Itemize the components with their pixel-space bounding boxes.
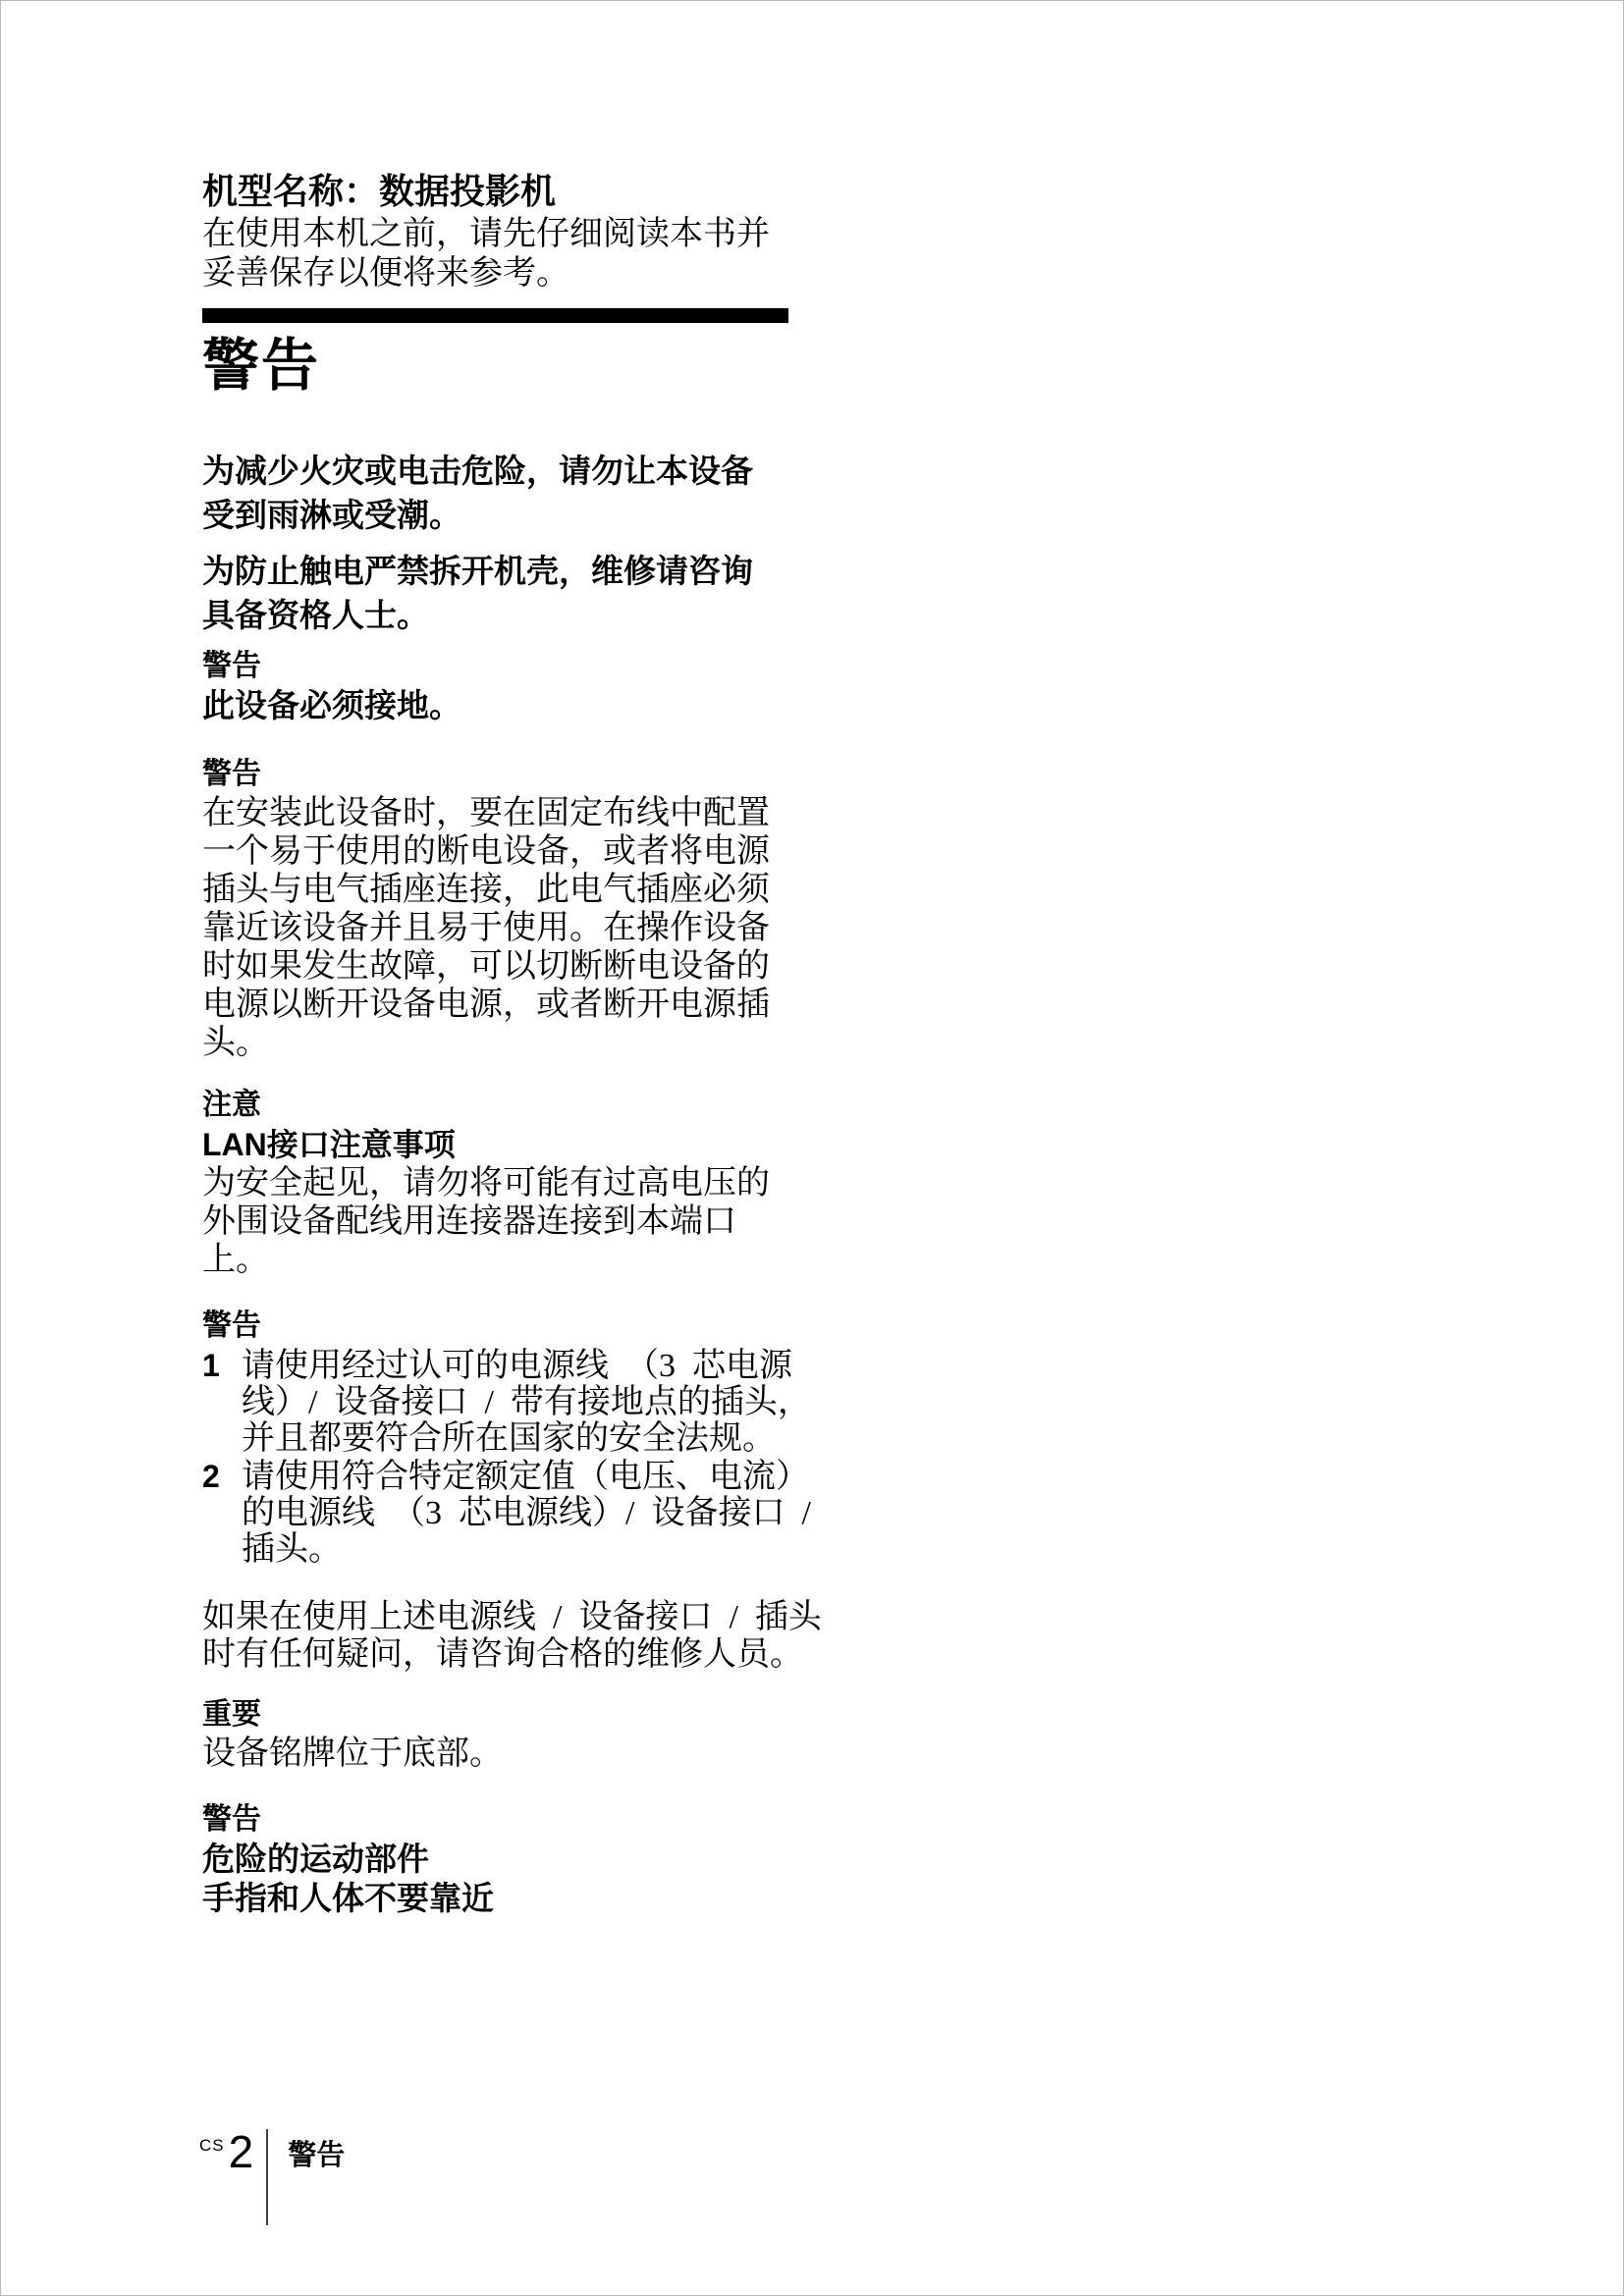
grounding-section: 警告 此设备必须接地。: [202, 647, 931, 725]
power-cord-section: 警告 1 请使用经过认可的电源线 （3 芯电源 线）/ 设备接口 / 带有接地点…: [202, 1307, 931, 1568]
electric-shock-warning: 为防止触电严禁拆开机壳，维修请咨询 具备资格人士。: [202, 549, 931, 637]
lan-notice-subheading: LAN接口注意事项: [202, 1125, 931, 1164]
list-item: 1 请使用经过认可的电源线 （3 芯电源 线）/ 设备接口 / 带有接地点的插头…: [202, 1348, 931, 1457]
lan-notice-text: 为安全起见，请勿将可能有过高电压的 外围设备配线用连接器连接到本端口 上。: [202, 1164, 931, 1279]
section-divider-bar: [202, 308, 788, 323]
cord-question-note: 如果在使用上述电源线 / 设备接口 / 插头 时有任何疑问，请咨询合格的维修人员…: [202, 1599, 931, 1674]
list-item-text: 请使用符合特定额定值（电压、电流） 的电源线 （3 芯电源线）/ 设备接口 / …: [242, 1459, 811, 1568]
page-number-block: CS 2: [199, 2129, 253, 2174]
manual-page: 机型名称：数据投影机 在使用本机之前，请先仔细阅读本书并 妥善保存以便将来参考。…: [0, 0, 1624, 2296]
lan-notice-heading: 注意: [202, 1086, 931, 1125]
intro-note: 在使用本机之前，请先仔细阅读本书并 妥善保存以便将来参考。: [202, 215, 931, 294]
important-text: 设备铭牌位于底部。: [202, 1735, 931, 1773]
important-section: 重要 设备铭牌位于底部。: [202, 1695, 931, 1773]
grounding-heading: 警告: [202, 647, 931, 686]
language-code: CS: [199, 2129, 225, 2156]
list-item-number: 2: [202, 1459, 242, 1495]
lan-notice-section: 注意 LAN接口注意事项 为安全起见，请勿将可能有过高电压的 外围设备配线用连接…: [202, 1086, 931, 1279]
moving-parts-section: 警告 危险的运动部件 手指和人体不要靠近: [202, 1800, 931, 1918]
grounding-text: 此设备必须接地。: [202, 686, 931, 725]
moving-parts-text: 危险的运动部件 手指和人体不要靠近: [202, 1840, 931, 1918]
disconnect-text: 在安装此设备时，要在固定布线中配置 一个易于使用的断电设备，或者将电源 插头与电…: [202, 794, 931, 1062]
footer-section-label: 警告: [288, 2129, 345, 2170]
disconnect-heading: 警告: [202, 755, 931, 794]
page-footer: CS 2 警告: [199, 2129, 345, 2225]
footer-divider-line: [266, 2129, 268, 2225]
model-name-title: 机型名称：数据投影机: [202, 170, 931, 213]
important-heading: 重要: [202, 1695, 931, 1735]
content-column: 机型名称：数据投影机 在使用本机之前，请先仔细阅读本书并 妥善保存以便将来参考。…: [202, 170, 931, 1918]
rain-moisture-warning: 为减少火灾或电击危险，请勿让本设备 受到雨淋或受潮。: [202, 449, 931, 537]
power-cord-heading: 警告: [202, 1307, 931, 1346]
moving-parts-heading: 警告: [202, 1800, 931, 1840]
list-item: 2 请使用符合特定额定值（电压、电流） 的电源线 （3 芯电源线）/ 设备接口 …: [202, 1459, 931, 1568]
list-item-number: 1: [202, 1348, 242, 1384]
list-item-text: 请使用经过认可的电源线 （3 芯电源 线）/ 设备接口 / 带有接地点的插头， …: [242, 1348, 811, 1457]
disconnect-device-section: 警告 在安装此设备时，要在固定布线中配置 一个易于使用的断电设备，或者将电源 插…: [202, 755, 931, 1062]
warning-main-heading: 警告: [202, 335, 931, 398]
page-number: 2: [229, 2129, 254, 2174]
